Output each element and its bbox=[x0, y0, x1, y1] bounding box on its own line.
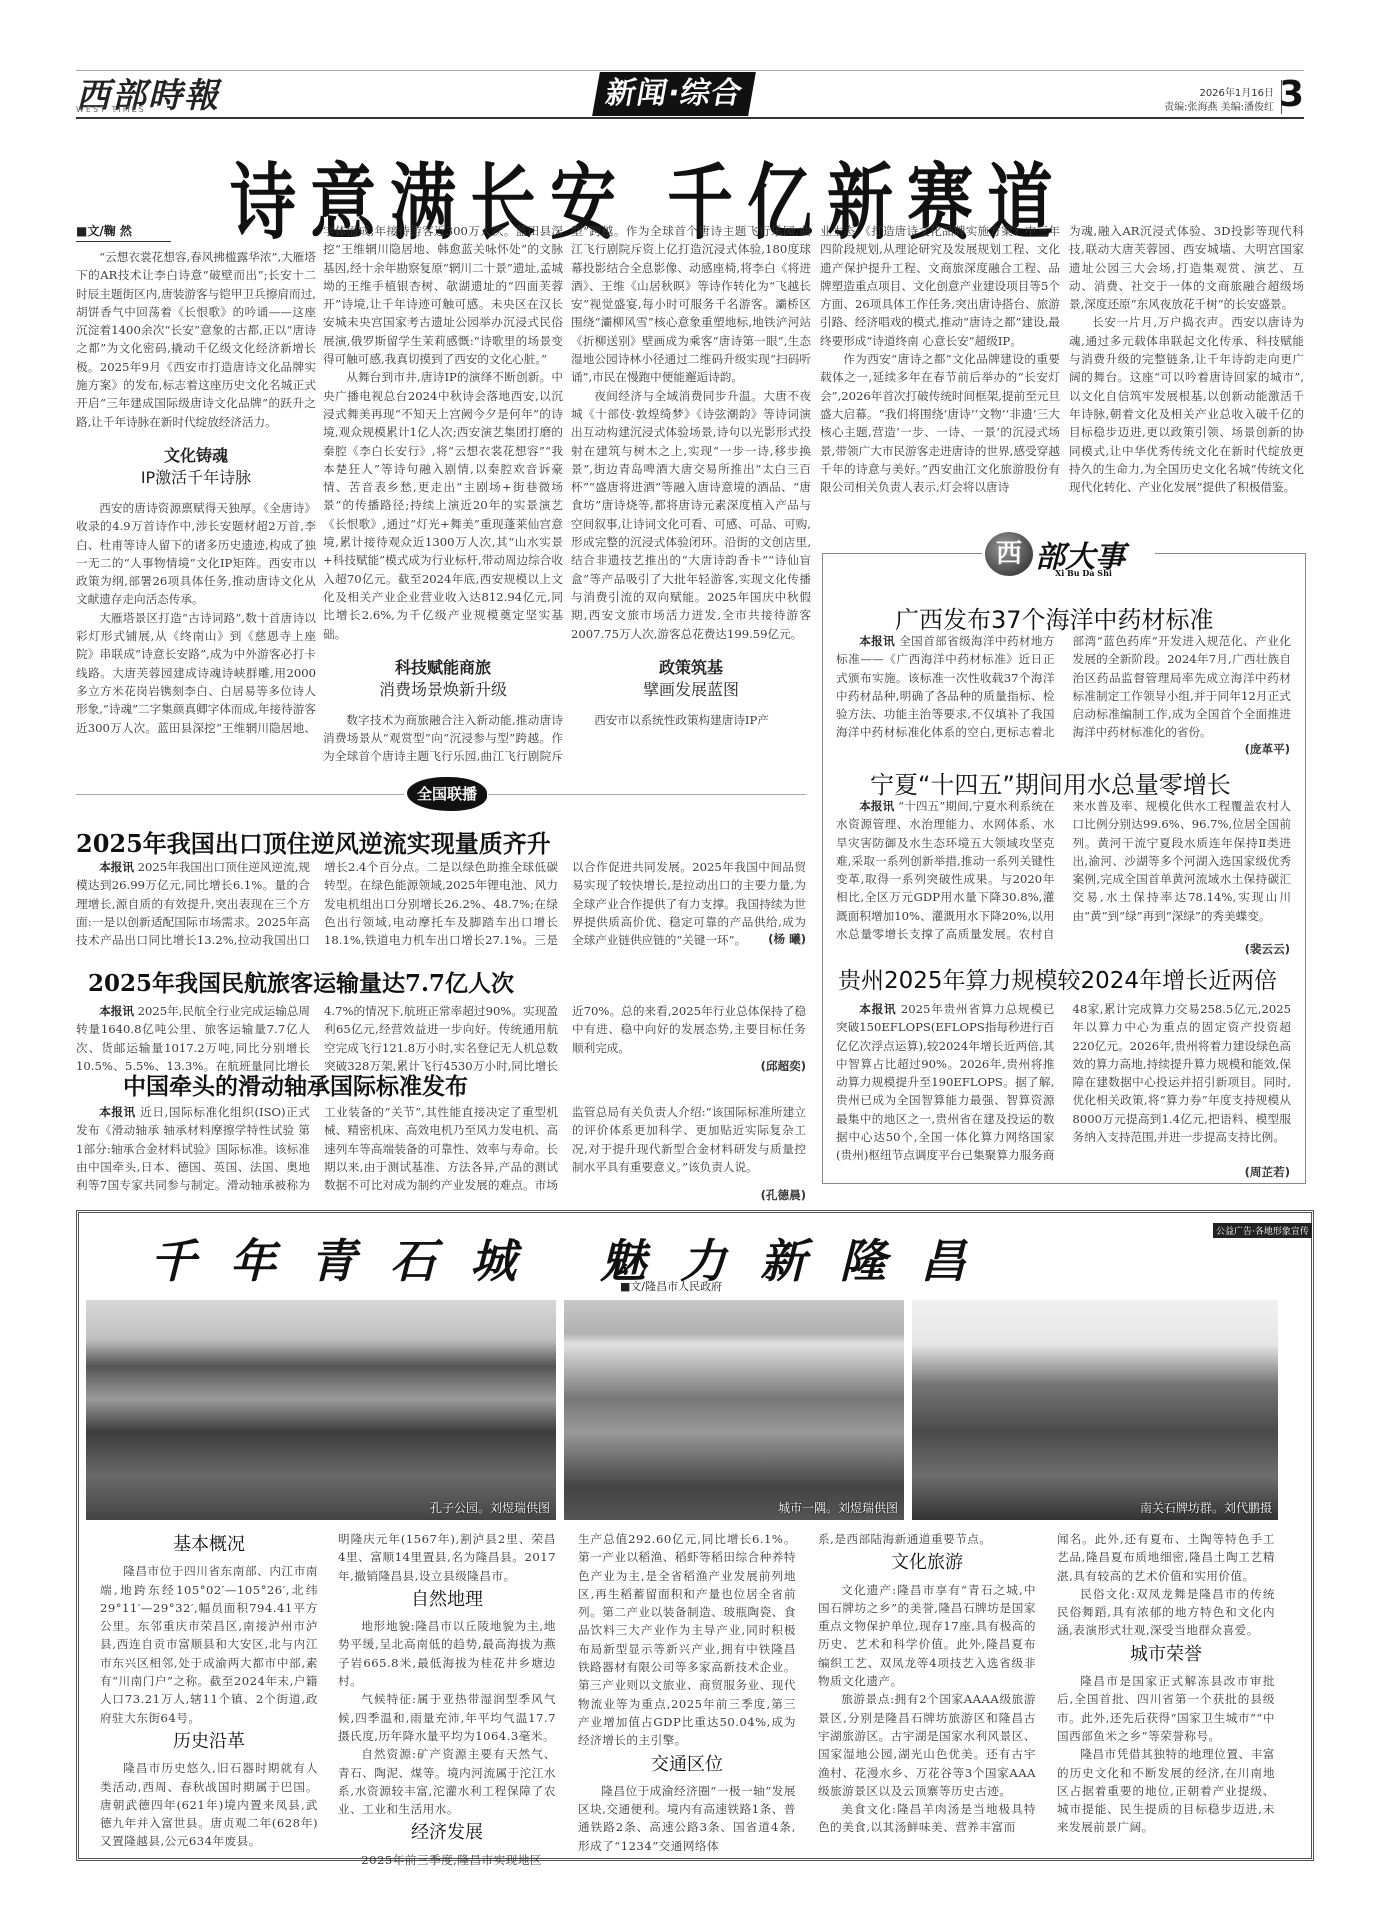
section-title: 新闻·综合 bbox=[592, 72, 756, 116]
paragraph: 西安的唐诗资源禀赋得天独厚。《全唐诗》收录的4.9万首诗作中,涉长安题材超2万首… bbox=[76, 499, 316, 609]
lead-intro: “云想衣裳花想容,春风拂槛露华浓”,大雁塔下的AR技术让李白诗意“破壁而出”;长… bbox=[76, 248, 316, 431]
newspaper-logo-en: WEST TIMES bbox=[76, 105, 146, 114]
subhead-2: 科技赋能商旅 消费场景焕新升级 bbox=[323, 657, 563, 701]
divider bbox=[822, 553, 982, 554]
national-story-3: 本报讯 近日,国际标准化组织(ISO)正式发布《滑动轴承 轴承材料摩擦学特性试验… bbox=[76, 1103, 806, 1215]
advertorial-tag: 公益广告·各地形象宣传 bbox=[1213, 1223, 1312, 1238]
advertorial-column-2: 明隆庆元年(1567年),割泸县2里、荣昌4里、富顺14里置县,名为隆昌县。20… bbox=[338, 1530, 556, 1869]
west-badge-icon: 西 bbox=[985, 532, 1033, 576]
west-badge-en: Xi Bu Da Shi bbox=[1055, 568, 1112, 578]
national-story-1-headline: 2025年我国出口顶住逆风逆流实现量质齐升 bbox=[76, 824, 551, 859]
advertorial-column-1: 基本概况 隆昌市位于四川省东南部、内江市南端,地跨东经105°02′—105°2… bbox=[100, 1530, 318, 1851]
west-story-1-author: (庞革平) bbox=[1180, 740, 1290, 758]
page-number: 3 bbox=[1279, 74, 1304, 115]
national-story-3-headline: 中国牵头的滑动轴承国际标准发布 bbox=[123, 1068, 468, 1101]
west-story-3: 本报讯 2025年贵州省算力总规模已突破150EFLOPS(EFLOPS指每秒进… bbox=[836, 1000, 1291, 1165]
lead-column-1: “云想衣裳花想容,春风拂槛露华浓”,大雁塔下的AR技术让李白诗意“破壁而出”;长… bbox=[76, 248, 316, 737]
west-badge: 西 部大事 Xi Bu Da Shi bbox=[985, 530, 1155, 580]
masthead: 西部時報 WEST TIMES 新闻·综合 2026年1月16日 责编:张海燕 … bbox=[76, 66, 1304, 116]
advertorial-column-4: 系,是西部陆海新通道重要节点。 文化旅游 文化遗产:隆昌市享有“青石之城,中国石… bbox=[818, 1530, 1036, 1837]
west-story-3-headline: 贵州2025年算力规模较2024年增长近两倍 bbox=[838, 962, 1277, 995]
masthead-top-rule bbox=[76, 70, 1304, 71]
photo-caption: 南关石牌坊群。刘代鹏摄 bbox=[1140, 1499, 1272, 1516]
west-story-2: 本报讯 “十四五”期间,宁夏水利系统在水资源管理、水治理能力、水网体系、水旱灾害… bbox=[836, 797, 1291, 945]
lead-byline: ■文/鞠 然 bbox=[76, 222, 171, 242]
lead-column-3: 型”跨越。作为全球首个唐诗主题飞行乐园,曲江飞行剧院斥资上亿打造沉浸式体验,18… bbox=[571, 222, 811, 762]
national-story-1-author: (杨 曦) bbox=[706, 930, 806, 948]
lead-column-2: 字体而成,年接待游客近300万人次。蓝田县深挖“王维辋川隐居地、韩愈蓝关咏怀处”… bbox=[323, 222, 563, 762]
national-story-2-headline: 2025年我国民航旅客运输量达7.7亿人次 bbox=[88, 965, 514, 998]
editors: 责编:张海燕 美编:潘俊红 bbox=[1164, 98, 1274, 113]
west-story-3-author: (周芷若) bbox=[1180, 1163, 1290, 1181]
photo-caption: 城市一隅。刘煜瑞供图 bbox=[778, 1499, 898, 1516]
west-story-2-author: (裴云云) bbox=[1180, 940, 1290, 958]
subhead-1: 文化铸魂 IP激活千年诗脉 bbox=[76, 445, 316, 489]
advertorial-byline: ■文/隆昌市人民政府 bbox=[620, 1278, 722, 1294]
national-story-3-author: (孔德晨) bbox=[706, 1186, 806, 1204]
advertorial-title: 千年青石城 魅力新隆昌 bbox=[150, 1225, 1000, 1291]
masthead-rule bbox=[76, 117, 1304, 119]
lead-column-5: 为魂,融入AR沉浸式体验、3D投影等现代科技,联动大唐芙蓉园、西安城墙、大明宫国… bbox=[1069, 222, 1304, 514]
national-story-2-author: (邱超奕) bbox=[706, 1057, 806, 1075]
photo-caption: 孔子公园。刘煜瑞供图 bbox=[430, 1499, 550, 1516]
photo-stone-arches: 南关石牌坊群。刘代鹏摄 bbox=[912, 1300, 1278, 1520]
subhead-3: 政策筑基 擘画发展蓝图 bbox=[571, 657, 811, 701]
issue-date: 2026年1月16日 bbox=[1199, 84, 1274, 99]
paragraph: 大雁塔景区打造“古诗词路”,数十首唐诗以彩灯形式铺展,从《终南山》到《慈恩寺上座… bbox=[76, 609, 316, 737]
paragraph: 长安一片月,万户捣衣声。西安以唐诗为魂,通过多元载体串联起文化传承、科技赋能与消… bbox=[1069, 313, 1304, 496]
west-story-2-headline: 宁夏“十四五”期间用水总量零增长 bbox=[870, 765, 1231, 800]
divider bbox=[1155, 553, 1305, 554]
photo-confucius-park: 孔子公园。刘煜瑞供图 bbox=[86, 1300, 556, 1520]
divider bbox=[76, 794, 404, 795]
west-story-1-headline: 广西发布37个海洋中药材标准 bbox=[895, 600, 1214, 635]
national-badge: 全国联播 bbox=[407, 777, 487, 811]
divider bbox=[488, 794, 806, 795]
national-story-2: 本报讯 2025年,民航全行业完成运输总周转量1640.8亿吨公里、旅客运输量7… bbox=[76, 1002, 806, 1076]
advertorial-column-5: 闻名。此外,还有夏布、土陶等特色手工艺品,隆昌夏布质地细密,隆昌土陶工艺精湛,具… bbox=[1057, 1530, 1275, 1837]
advertorial-column-3: 生产总值292.60亿元,同比增长6.1%。第一产业以稻渔、稻虾等稻田综合种养特… bbox=[578, 1530, 796, 1855]
lead-column-4: 业生态,《打造唐诗文化品牌实施方案》中三年四阶段规划,从理论研究及发展规划工程、… bbox=[820, 222, 1060, 514]
paragraph: 数字技术为商旅融合注入新动能,推动唐诗消费场景从“观赏型”向“沉浸参与型”跨越。… bbox=[323, 711, 563, 762]
west-story-1: 本报讯 全国首部省级海洋中药材地方标准——《广西海洋中药材标准》近日正式颁布实施… bbox=[836, 632, 1291, 745]
paragraph: 从舞台到市井,唐诗IP的演绎不断创新。中央广播电视总台2024中秋诗会落地西安,… bbox=[323, 368, 563, 642]
photo-city-corner: 城市一隅。刘煜瑞供图 bbox=[564, 1300, 904, 1520]
paragraph: 夜间经济与全域消费同步升温。大唐不夜城《十部伎·敦煌绮梦》《诗弦潮韵》等诗词演出… bbox=[571, 387, 811, 643]
